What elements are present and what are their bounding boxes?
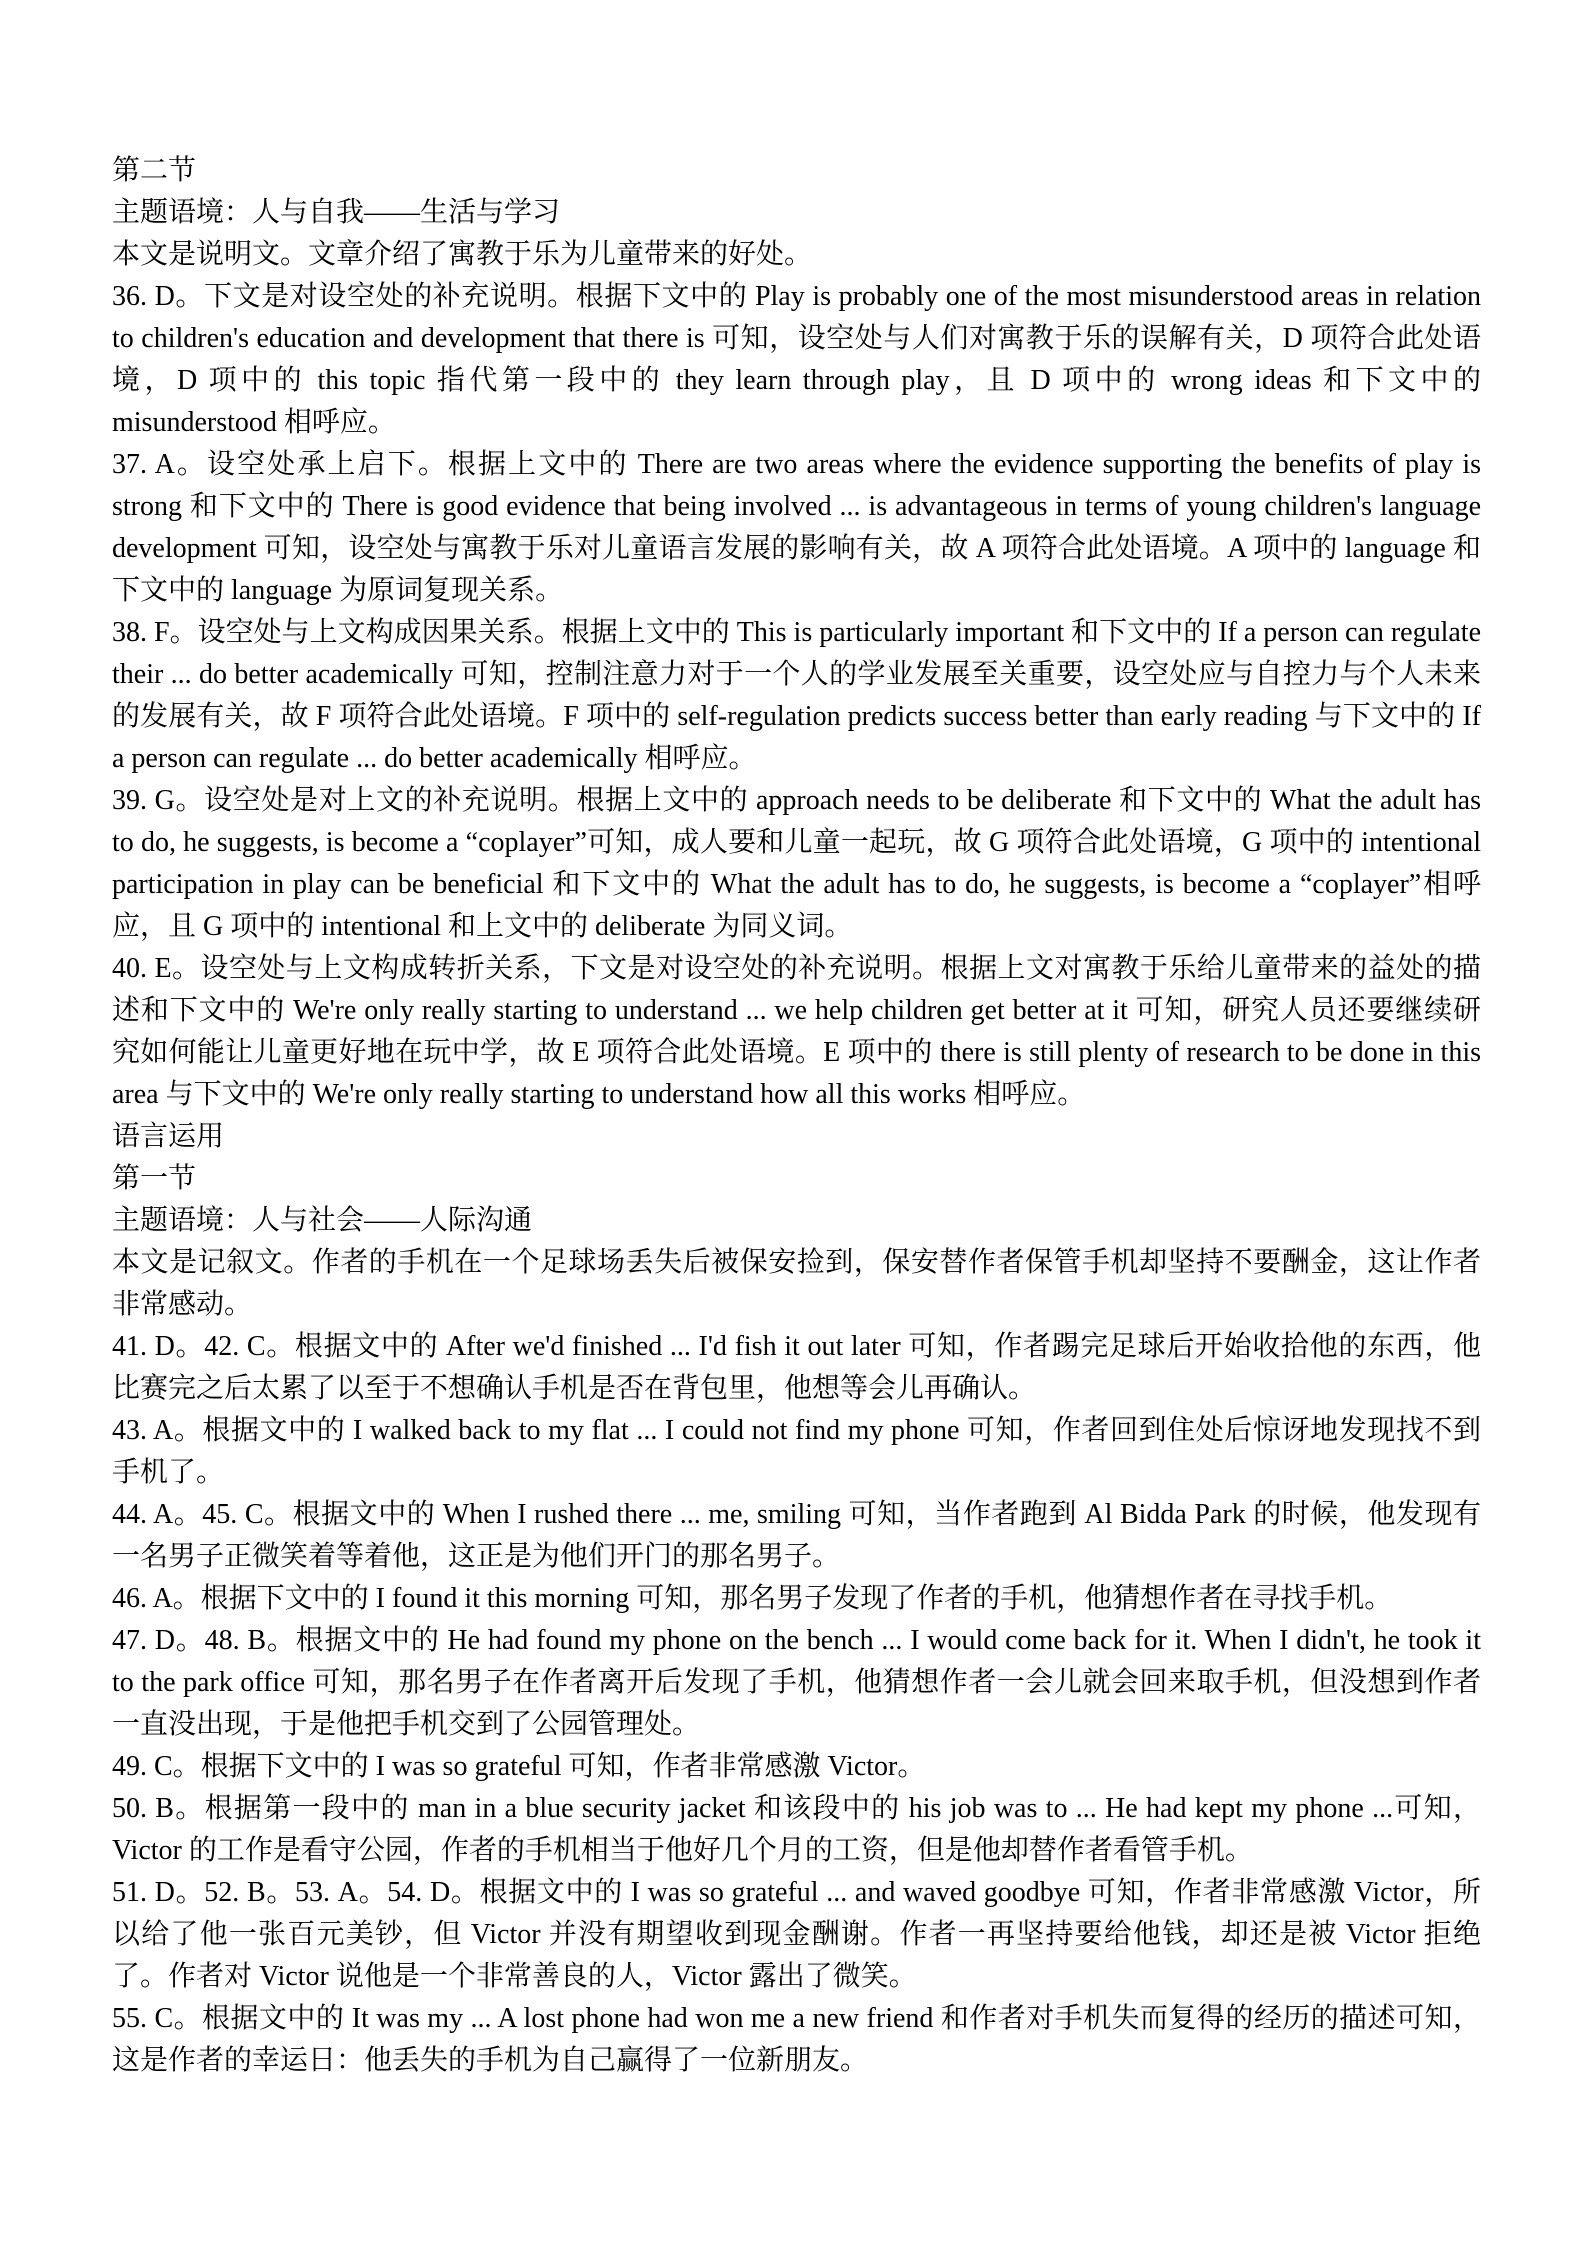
section-heading-language-use: 语言运用 — [112, 1116, 1481, 1158]
answer-explanation-51-54: 51. D。52. B。53. A。54. D。根据文中的 I was so g… — [112, 1872, 1481, 1998]
answer-explanation-44-45: 44. A。45. C。根据文中的 When I rushed there ..… — [112, 1494, 1481, 1578]
passage-summary-narrative: 本文是记叙文。作者的手机在一个足球场丢失后被保安捡到，保安替作者保管手机却坚持不… — [112, 1242, 1481, 1326]
document-page: 第二节 主题语境：人与自我——生活与学习 本文是说明文。文章介绍了寓教于乐为儿童… — [0, 0, 1587, 2245]
passage-summary-expository: 本文是说明文。文章介绍了寓教于乐为儿童带来的好处。 — [112, 234, 1481, 276]
answer-explanation-50: 50. B。根据第一段中的 man in a blue security jac… — [112, 1788, 1481, 1872]
section-heading-2: 第二节 — [112, 150, 1481, 192]
answer-explanation-39: 39. G。设空处是对上文的补充说明。根据上文中的 approach needs… — [112, 780, 1481, 948]
answer-explanation-46: 46. A。根据下文中的 I found it this morning 可知，… — [112, 1578, 1481, 1620]
theme-context-society: 主题语境：人与社会——人际沟通 — [112, 1200, 1481, 1242]
answer-explanation-36: 36. D。下文是对设空处的补充说明。根据下文中的 Play is probab… — [112, 276, 1481, 444]
answer-explanation-43: 43. A。根据文中的 I walked back to my flat ...… — [112, 1410, 1481, 1494]
answer-explanation-41-42: 41. D。42. C。根据文中的 After we'd finished ..… — [112, 1326, 1481, 1410]
section-heading-part-1: 第一节 — [112, 1158, 1481, 1200]
answer-explanation-49: 49. C。根据下文中的 I was so grateful 可知，作者非常感激… — [112, 1746, 1481, 1788]
answer-explanation-37: 37. A。设空处承上启下。根据上文中的 There are two areas… — [112, 444, 1481, 612]
answer-explanation-38: 38. F。设空处与上文构成因果关系。根据上文中的 This is partic… — [112, 612, 1481, 780]
answer-explanation-55: 55. C。根据文中的 It was my ... A lost phone h… — [112, 1998, 1481, 2082]
answer-explanation-40: 40. E。设空处与上文构成转折关系，下文是对设空处的补充说明。根据上文对寓教于… — [112, 948, 1481, 1116]
answer-explanation-47-48: 47. D。48. B。根据文中的 He had found my phone … — [112, 1620, 1481, 1746]
theme-context-self: 主题语境：人与自我——生活与学习 — [112, 192, 1481, 234]
